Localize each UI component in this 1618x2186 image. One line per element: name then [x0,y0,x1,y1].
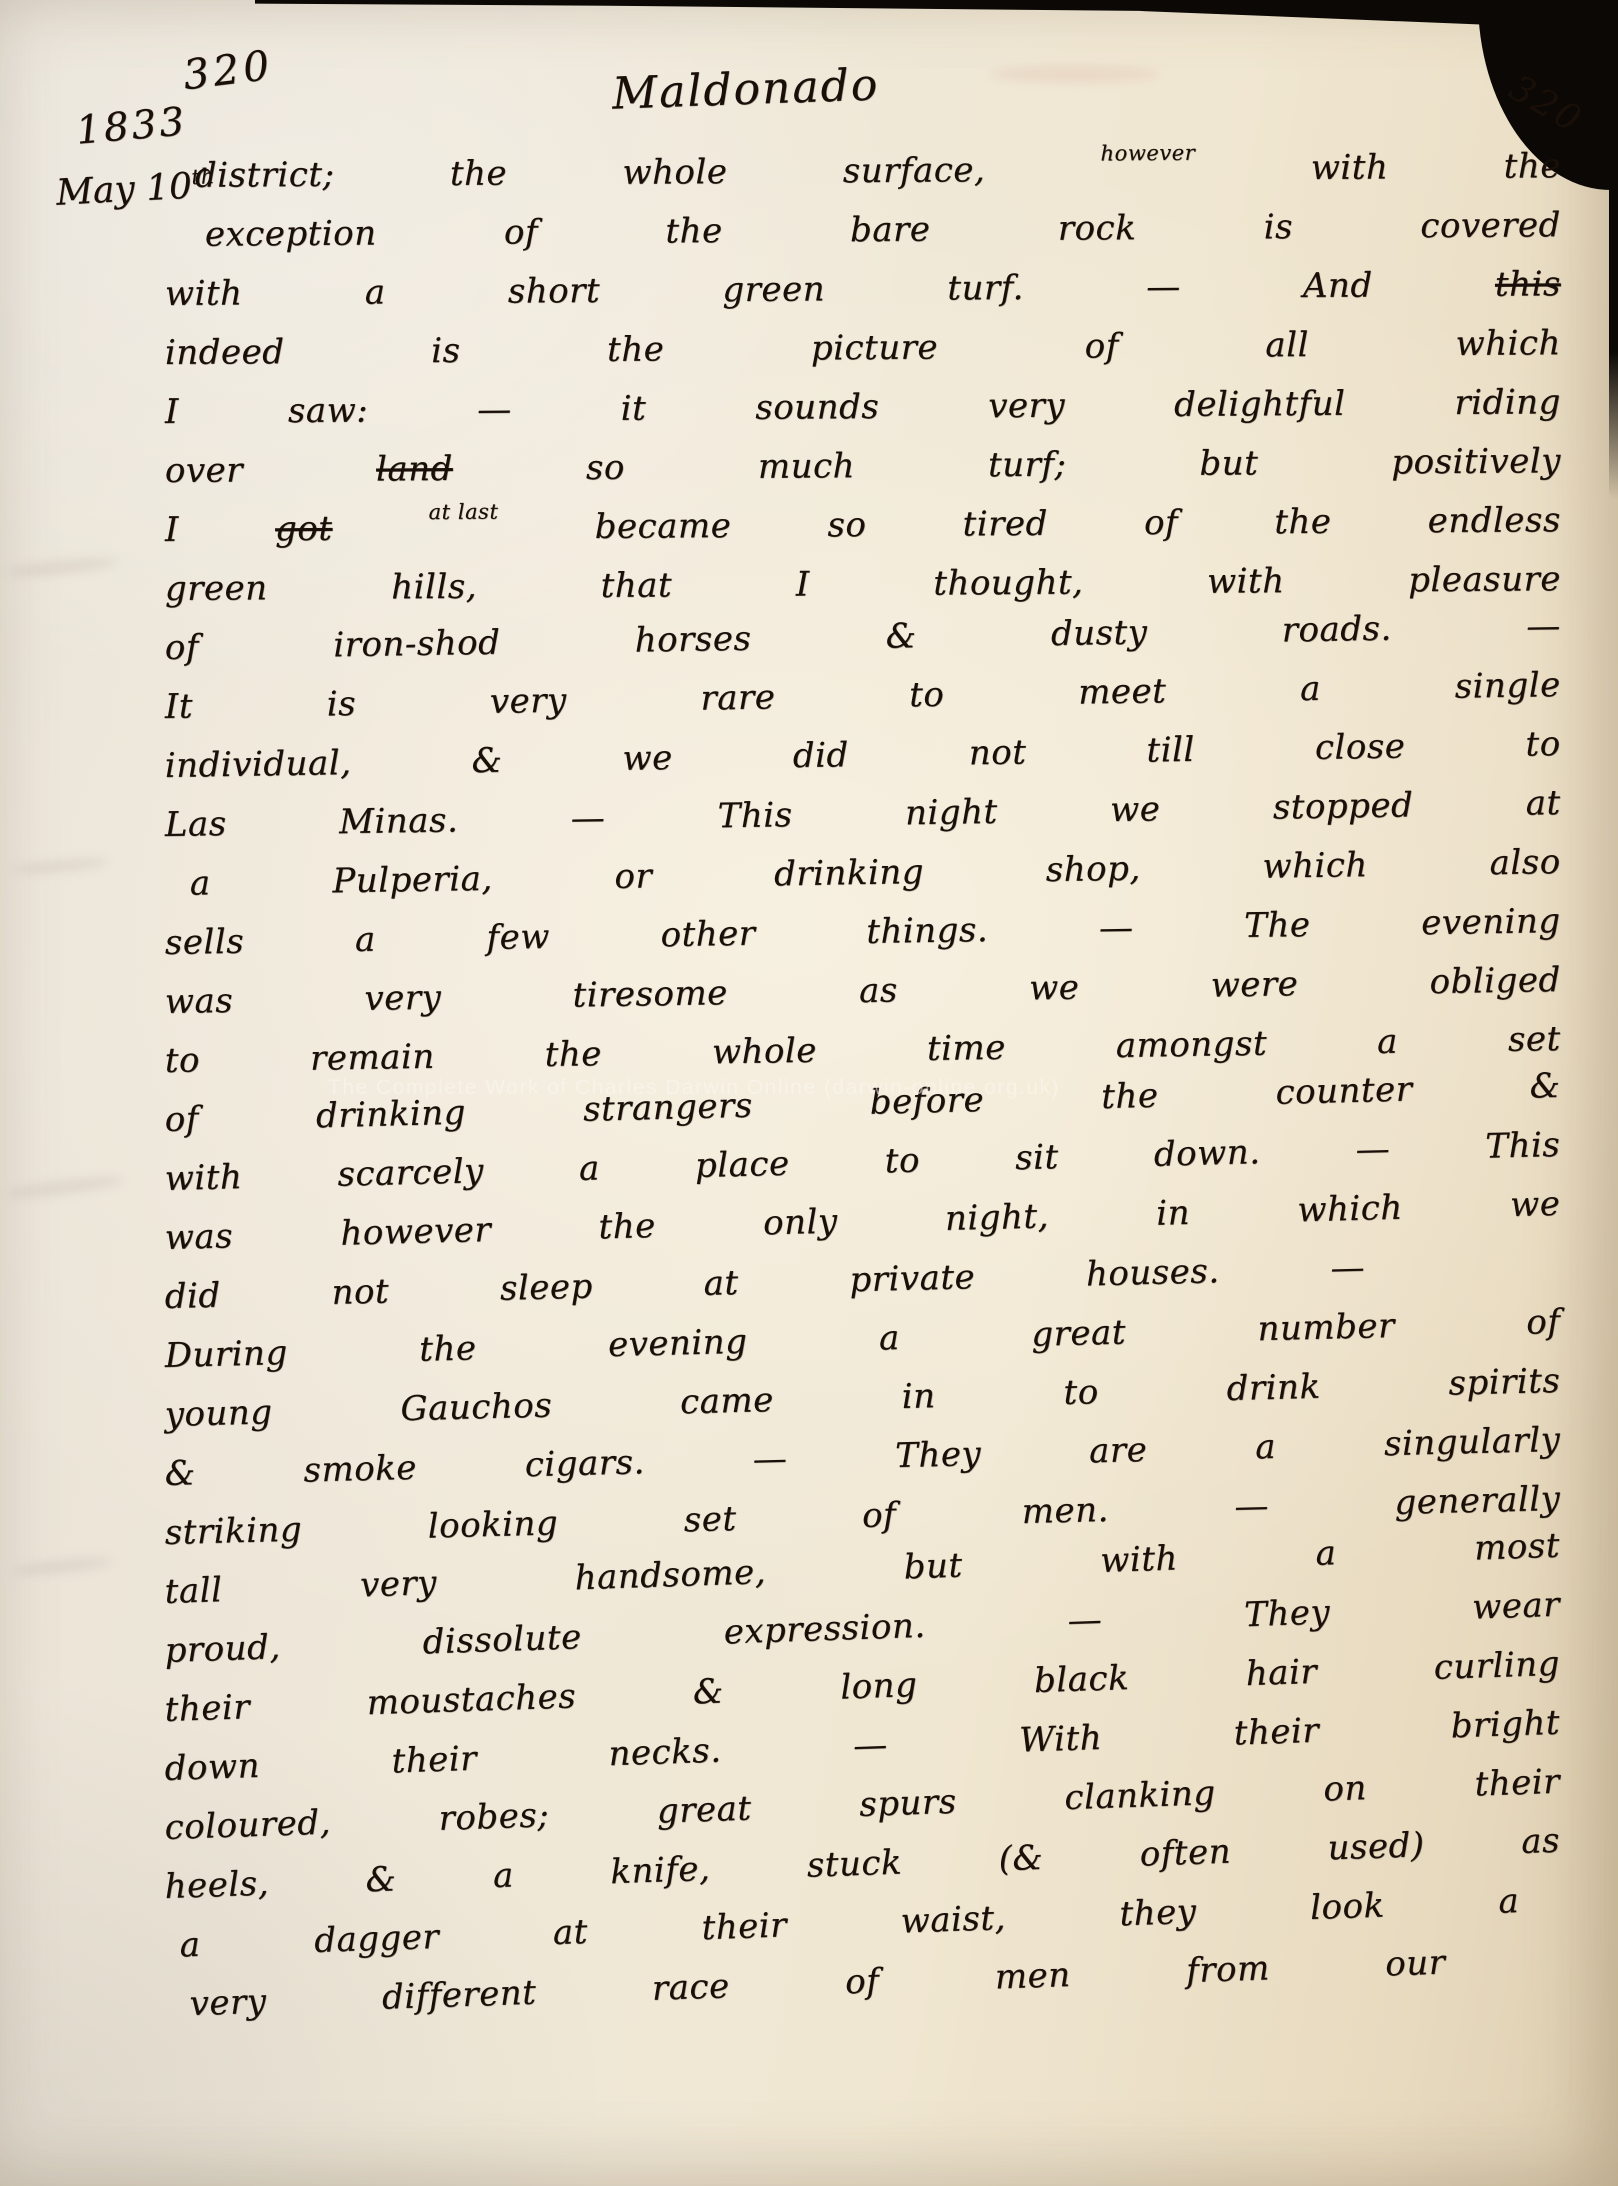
word: the [1504,146,1561,186]
word: a [190,863,211,903]
word: a [1315,1533,1337,1574]
manuscript-line: district;thewholesurface,howeverwiththe [165,146,1561,215]
word: of [164,1099,199,1140]
word: did [792,735,849,776]
word: was [164,1216,233,1258]
word: night [905,792,998,833]
word: great [1031,1313,1127,1355]
word: remain [310,1037,435,1079]
word: During [164,1333,288,1376]
manuscript-line: withashortgreenturf.—Andthis [165,264,1561,333]
word: the [1274,502,1331,542]
word: And [1303,266,1373,306]
word: also [1489,842,1561,883]
inserted-word: at last [428,499,498,524]
word: waist, [900,1898,1006,1941]
word: robes; [438,1795,550,1839]
word: With [1019,1718,1103,1761]
word: very [490,681,567,722]
word: wear [1471,1585,1560,1628]
word: individual, [165,743,352,786]
word: to [1525,724,1561,765]
word: over [165,450,243,491]
word: Gauchos [400,1386,553,1430]
word: short [508,271,601,312]
word: single [1454,665,1561,707]
word: I [165,510,179,550]
word: a [179,1925,201,1966]
word: so [827,505,866,545]
word: surface, [843,150,986,191]
word: amongst [1116,1024,1268,1066]
word: sells [165,922,245,963]
word: smoke [303,1448,417,1491]
word: riding [1454,382,1561,423]
word: number [1257,1306,1395,1349]
word: from [1186,1948,1271,1991]
word: green [165,568,268,609]
word: a [578,1148,600,1188]
word: necks. [608,1731,722,1775]
word: obliged [1429,960,1561,1002]
word: dagger [314,1917,440,1961]
word: other [660,914,756,955]
word: shop, [1045,849,1141,890]
word: of [504,212,538,252]
word: only [763,1202,838,1244]
word: with [1100,1538,1179,1581]
paper-stain [990,66,1160,82]
manuscript-line: Igotat lastbecamesotiredoftheendless [165,500,1561,569]
word: moustaches [366,1676,577,1723]
word: of [845,1961,880,2002]
word: they [1119,1892,1197,1935]
word: a [1255,1427,1277,1467]
word: & [1529,1066,1561,1107]
word: — [1330,1248,1365,1289]
word: that [600,565,672,605]
word: whole [622,152,727,193]
word: not [331,1272,389,1313]
word: bare [850,210,931,251]
word: tired [962,504,1047,545]
word: young [164,1392,273,1435]
word: They [1244,1592,1331,1635]
word: a [1300,669,1321,709]
word: tiresome [572,973,728,1015]
word: exception [205,214,377,255]
word: we [622,738,673,779]
word: the [450,154,507,194]
word: indeed [165,332,285,373]
word: bright [1450,1703,1560,1747]
word: their [164,1687,251,1730]
word: is [326,684,356,724]
word: however [340,1210,492,1254]
show-through-mark [14,856,110,876]
word: covered [1420,205,1561,246]
word: I [796,564,810,604]
word: — [852,1725,888,1766]
photo-background-right-edge [1609,170,1618,500]
word: often [1139,1832,1232,1875]
word: handsome, [574,1552,767,1598]
word: with [1311,147,1389,188]
word: Pulperia, [332,859,493,902]
word: things. [866,910,988,952]
word: which [1455,323,1561,364]
word: sit [1015,1137,1059,1178]
word: cigars. [524,1442,645,1485]
word: the [419,1328,477,1369]
struck-word: this [1495,264,1561,304]
word: the [598,1206,656,1247]
word: heels, [164,1864,270,1907]
word: set [683,1499,737,1540]
word: in [901,1376,936,1417]
word: a [492,1855,514,1896]
word: evening [608,1322,748,1365]
word: — [1146,267,1181,307]
word: It [165,687,194,727]
word: singularly [1383,1420,1560,1464]
word: knife, [610,1849,711,1892]
word: as [1521,1821,1561,1862]
word: & [365,1859,397,1900]
word: spurs [859,1782,958,1825]
word: evening [1421,901,1561,943]
word: looking [427,1503,558,1546]
word: black [1033,1658,1129,1701]
archive-watermark: The Complete Work of Charles Darwin Onli… [328,1076,1060,1100]
show-through-mark [6,1173,127,1202]
word: to [909,675,945,716]
word: is [1263,207,1293,247]
word: Minas. [339,800,459,842]
word: saw: [288,391,369,432]
word: a [1377,1022,1398,1062]
year-label: 1833 [74,99,189,154]
word: They [895,1434,982,1476]
word: much [758,446,855,487]
word: drink [1226,1367,1321,1409]
word: down. [1153,1132,1260,1175]
word: turf. [947,268,1024,309]
word: proud, [164,1627,281,1671]
word: This [717,795,793,836]
word: counter [1275,1070,1413,1113]
word: picture [811,328,938,369]
manuscript-line: exceptionofthebarerockiscovered [165,205,1561,274]
word: till [1146,730,1195,771]
word: of [1085,326,1119,366]
word: iron-shod [333,623,501,666]
word: rare [700,677,776,718]
word: stuck [806,1843,902,1886]
word: very [364,978,441,1019]
word: to [1063,1372,1099,1413]
word: very [988,386,1065,427]
word: a [365,272,386,312]
manuscript-line: indeedisthepictureofallwhich [165,323,1561,392]
word: hills, [391,567,477,608]
word: in [1156,1193,1191,1234]
word: down [164,1746,261,1789]
word: we [1510,1184,1561,1225]
word: tall [164,1570,223,1612]
word: set [1508,1019,1561,1060]
word: drinking [774,852,925,894]
word: on [1323,1768,1368,1809]
word: endless [1427,500,1560,541]
word: rock [1058,208,1137,249]
show-through-mark [12,1555,113,1578]
inserted-word: however [1100,140,1195,166]
word: delightful [1174,384,1346,425]
word: & [885,616,916,656]
word: their [1233,1711,1320,1754]
manuscript-body: district;thewholesurface,howeverwiththee… [165,156,1561,2044]
word: not [969,732,1027,773]
word: — [1099,908,1134,949]
word: but [903,1546,963,1588]
word: a [879,1318,901,1358]
word: — [1355,1129,1390,1170]
word: very [359,1563,437,1606]
word: it [621,389,647,429]
word: with [165,273,243,314]
word: scarcely [337,1151,484,1195]
word: or [614,856,652,897]
word: striking [164,1510,302,1553]
word: their [701,1905,788,1948]
word: was [165,981,234,1022]
word: to [165,1040,201,1081]
word: the [544,1034,602,1075]
word: different [381,1973,537,2018]
word: to [884,1141,920,1182]
word: did [164,1276,221,1317]
word: at [552,1912,588,1953]
word: we [1110,789,1161,830]
struck-word: got [275,509,333,549]
word: the [607,330,664,370]
word: stopped [1272,785,1413,827]
word: I [165,392,179,432]
word: of [1526,1302,1561,1343]
word: — [1234,1486,1269,1527]
word: Las [165,804,227,845]
word: sounds [755,387,879,428]
word: a [355,920,376,960]
word: we [1029,968,1080,1009]
word: look [1310,1886,1386,1928]
manuscript-photo: 320 320 1833 May 10th Maldonado district… [0,0,1618,2186]
word: with [1207,561,1285,602]
word: long [840,1665,918,1708]
word: great [656,1789,752,1832]
word: men [994,1955,1071,1997]
word: a [1498,1881,1520,1922]
word: — [570,798,605,839]
word: which [1262,845,1368,887]
word: — [752,1439,787,1480]
word: turf; [988,445,1067,486]
word: — [1067,1600,1103,1641]
word: time [927,1028,1007,1069]
word: place [695,1144,791,1186]
word: the [665,211,722,251]
page-title: Maldonado [611,59,880,119]
word: came [680,1380,775,1422]
word: our [1385,1943,1446,1985]
word: — [477,390,512,430]
struck-word: land [376,449,453,490]
word: close [1315,727,1406,768]
word: of [165,627,200,668]
word: race [651,1966,730,2009]
word: sleep [499,1267,593,1309]
word: curling [1433,1644,1560,1688]
word: spirits [1448,1361,1561,1404]
word: of [1144,503,1178,543]
word: whole [712,1031,818,1073]
photo-background-top-edge [255,0,1518,26]
word: became [595,506,732,547]
word: very [189,1982,267,2025]
word: of [862,1495,897,1536]
word: clanking [1064,1773,1216,1818]
word: roads. [1281,609,1392,651]
word: the [1101,1076,1159,1117]
page-number-left: 320 [180,41,275,100]
word: most [1473,1526,1560,1569]
word: few [486,917,550,958]
word: night, [944,1196,1049,1239]
manuscript-line: overlandsomuchturf;butpositively [165,441,1561,510]
word: are [1089,1430,1148,1471]
word: as [859,970,898,1011]
word: thought, [933,563,1083,604]
word: hair [1245,1652,1318,1694]
word: pleasure [1408,559,1561,600]
word: dusty [1051,613,1148,655]
word: with [164,1157,243,1199]
word: This [1485,1125,1561,1167]
word: which [1297,1188,1403,1231]
word: coloured, [164,1803,331,1848]
word: all [1265,325,1309,365]
word: district; [195,155,335,196]
word: — [1526,606,1561,647]
word: their [391,1739,478,1782]
word: positively [1391,441,1561,482]
word: so [586,448,625,488]
word: used) [1327,1825,1425,1868]
word: men. [1021,1490,1109,1532]
word: generally [1394,1479,1561,1523]
word: meet [1078,671,1167,712]
word: (& [998,1838,1044,1879]
word: dissolute [422,1617,582,1662]
word: at [1525,783,1561,824]
manuscript-line: Isaw:—itsoundsverydelightfulriding [165,382,1561,451]
word: were [1210,964,1298,1005]
word: houses. [1085,1251,1220,1294]
word: The [1244,905,1311,946]
diary-page: 320 320 1833 May 10th Maldonado district… [0,0,1618,2186]
word: private [849,1257,976,1300]
word: their [1474,1762,1561,1805]
word: green [722,269,825,310]
word: expression. [723,1606,926,1653]
word: & [692,1671,724,1712]
word: & [471,741,502,781]
show-through-mark [8,554,119,579]
word: at [703,1263,739,1304]
word: horses [634,619,751,661]
word: & [164,1453,196,1494]
word: is [431,331,461,371]
word: but [1199,443,1258,483]
